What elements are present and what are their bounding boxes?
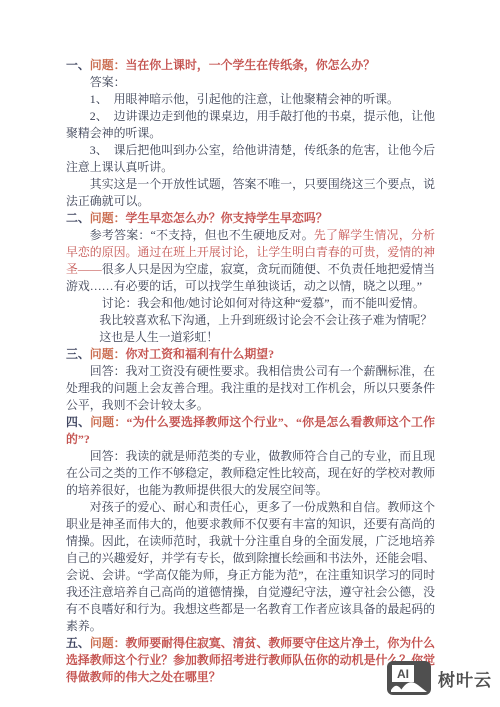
heading-number: 三、	[66, 347, 90, 361]
paragraph: 3、 课后把他叫到办公室，给他讲清楚，传纸条的危害，让他今后注意上课认真听讲。	[66, 142, 435, 176]
watermark-brand-text: 树叶云	[438, 666, 492, 691]
paragraph: 答案：	[66, 74, 435, 91]
paragraph: 我比较喜欢私下沟通，上升到班级讨论会不会让孩子难为情呢？	[66, 312, 435, 329]
text-segment: 参考答案：“不支持，但也不生硬地反对。	[90, 228, 314, 242]
heading-label: 问题：	[90, 58, 126, 72]
text-segment: 回答：我对工资没有硬性要求。我相信贵公司有一个薪酬标准，在处理我的问题上会友善合…	[66, 364, 435, 412]
text-segment: 这也是人生一道彩虹！	[99, 330, 218, 344]
ai-image-logo-icon: AI	[387, 661, 431, 695]
section-heading: 四、问题：“为什么要选择教师这个行业”、“你是怎么看教师这个工作的”?	[66, 414, 435, 448]
section-heading: 三、问题：你对工资和福利有什么期望?	[66, 346, 435, 363]
heading-label: 问题：	[90, 347, 126, 361]
section-heading: 一、问题：当在你上课时，一个学生在传纸条，你怎么办？	[66, 57, 435, 74]
paragraph: 回答：我读的就是师范类的专业，做教师符合自己的专业，而且现在公司之类的工作不够稳…	[66, 448, 435, 499]
section-heading: 二、问题：学生早恋怎么办？你支持学生早恋吗？	[66, 210, 435, 227]
heading-question: 学生早恋怎么办？你支持学生早恋吗？	[125, 211, 327, 225]
heading-label: 问题：	[90, 211, 126, 225]
paragraph: 回答：我对工资没有硬性要求。我相信贵公司有一个薪酬标准，在处理我的问题上会友善合…	[66, 363, 435, 414]
paragraph: 讨论：我会和他/她讨论如何对待这种“爱慕”，而不能叫爱情。	[66, 295, 435, 312]
section-heading: 五、问题：教师要耐得住寂寞、清贫、教师要守住这片净土，你为什么选择教师这个行业？…	[66, 635, 435, 686]
text-segment: 3、 课后把他叫到办公室，给他讲清楚，传纸条的危害，让他今后注意上课认真听讲。	[66, 143, 435, 174]
text-segment: 讨论：我会和他/她讨论如何对待这种“爱慕”，而不能叫爱情。	[102, 296, 425, 310]
paragraph: 其实这是一个开放性试题，答案不唯一，只要围绕这三个要点，说法正确就可以。	[66, 176, 435, 210]
heading-number: 五、	[66, 636, 90, 650]
paragraph: 这也是人生一道彩虹！	[66, 329, 435, 346]
text-segment: 答案：	[90, 75, 126, 89]
text-segment: 其实这是一个开放性试题，答案不唯一，只要围绕这三个要点，说法正确就可以。	[66, 177, 435, 208]
text-segment: 1、 用眼神暗示他，引起他的注意，让他聚精会神的听课。	[90, 92, 399, 106]
text-segment: 很多人只是因为空虚，寂寞，贪玩而随便、不负责任地把爱情当游戏……有必要的话，可以…	[66, 262, 435, 293]
document-content: 一、问题：当在你上课时，一个学生在传纸条，你怎么办？答案：1、 用眼神暗示他，引…	[66, 57, 435, 686]
heading-label: 问题：	[90, 415, 126, 429]
paragraph: 参考答案：“不支持，但也不生硬地反对。先了解学生情况，分析早恋的原因。通过在班上…	[66, 227, 435, 295]
heading-question: 当在你上课时，一个学生在传纸条，你怎么办？	[125, 58, 375, 72]
heading-question: 你对工资和福利有什么期望?	[125, 347, 274, 361]
text-segment: 对孩子的爱心、耐心和责任心，更多了一份成熟和自信。教师这个职业是神圣而伟大的，他…	[66, 500, 435, 633]
text-segment: 回答：我读的就是师范类的专业，做教师符合自己的专业，而且现在公司之类的工作不够稳…	[66, 449, 435, 497]
heading-number: 四、	[66, 415, 90, 429]
text-segment: 2、 边讲课边走到他的课桌边，用手敲打他的书桌，提示他，让他聚精会神的听课。	[66, 109, 435, 140]
document-page: 一、问题：当在你上课时，一个学生在传纸条，你怎么办？答案：1、 用眼神暗示他，引…	[0, 0, 500, 707]
mountains-icon	[390, 679, 428, 692]
text-segment: 我比较喜欢私下沟通，上升到班级讨论会不会让孩子难为情呢？	[99, 313, 432, 327]
paragraph: 1、 用眼神暗示他，引起他的注意，让他聚精会神的听课。	[66, 91, 435, 108]
heading-label: 问题：	[90, 636, 126, 650]
heading-number: 二、	[66, 211, 90, 225]
heading-number: 一、	[66, 58, 90, 72]
watermark: AI 树叶云	[387, 661, 492, 695]
paragraph: 2、 边讲课边走到他的课桌边，用手敲打他的书桌，提示他，让他聚精会神的听课。	[66, 108, 435, 142]
paragraph: 对孩子的爱心、耐心和责任心，更多了一份成熟和自信。教师这个职业是神圣而伟大的，他…	[66, 499, 435, 635]
